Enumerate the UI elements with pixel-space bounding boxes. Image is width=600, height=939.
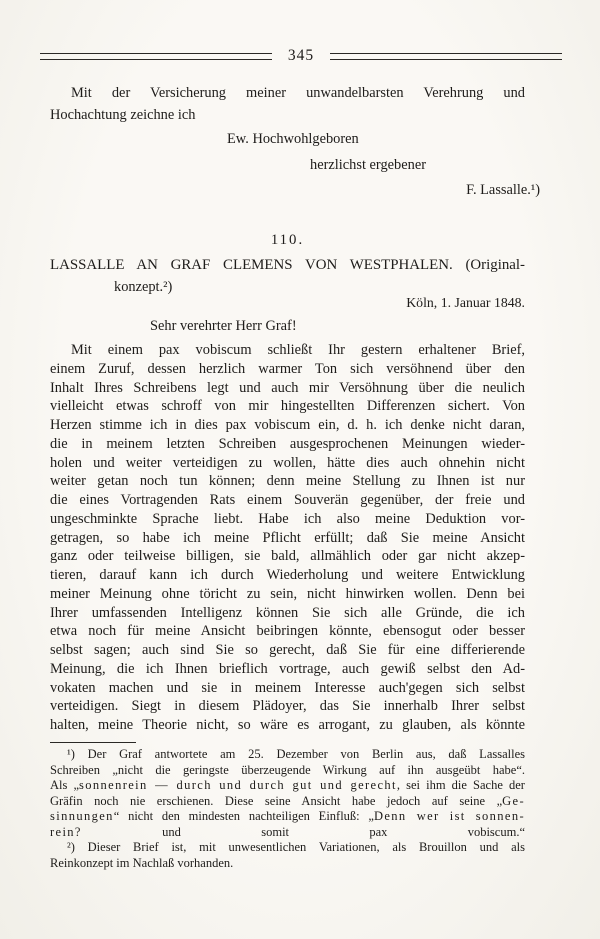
footnote-line: rein? und somit pax vobiscum.“: [50, 825, 525, 841]
letter-heading-line-1: LASSALLE AN GRAF CLEMENS VON WESTPHALEN.…: [50, 256, 525, 275]
footnote-text: und somit pax vobiscum.“: [82, 825, 525, 839]
footnote-text: ²) Dieser Brief ist, mit unwesentlichen …: [67, 840, 525, 854]
footnote-line: ¹) Der Graf antwortete am 25. Dezember v…: [50, 747, 525, 763]
footnotes: ¹) Der Graf antwortete am 25. Dezember v…: [50, 747, 525, 871]
footnote-text: , sei ihm die Sache der: [397, 778, 525, 792]
footnote-text: Schreiben „nicht die geringste überzeuge…: [50, 763, 525, 777]
closing-signature: F. Lassalle.¹): [50, 181, 540, 200]
closing-address: Ew. Hochwohlgeboren: [50, 130, 600, 149]
body-line: weiter getan noch tun können; denn meine…: [50, 472, 525, 491]
body-line: Meinung, die ich Ihnen brieflich vortrag…: [50, 660, 525, 679]
body-line: Ihrer umfassenden Intelligenz können Sie…: [50, 604, 525, 623]
letter-dateline: Köln, 1. Januar 1848.: [50, 293, 525, 312]
header-rule-right: [330, 53, 562, 60]
footnote-text: Als „: [50, 778, 79, 792]
letterspaced-text: rein?: [50, 825, 82, 839]
letter-salutation: Sehr verehrter Herr Graf!: [50, 317, 600, 336]
body-line: selbst sagen; auch sind Sie so gerecht, …: [50, 641, 525, 660]
footnote-text: ¹) Der Graf antwortete am 25. Dezember v…: [67, 747, 525, 761]
letterspaced-text: Denn wer ist sonnen-: [374, 809, 525, 823]
header-rule-left: [40, 53, 272, 60]
body-line: halten, meine Theorie nicht, so wäre es …: [50, 716, 525, 735]
footnote-line: Gräfin noch nie erschienen. Diese seine …: [50, 794, 525, 810]
closing-line-1: Mit der Versicherung meiner unwandelbars…: [50, 84, 525, 103]
footnote-line: ²) Dieser Brief ist, mit unwesentlichen …: [50, 840, 525, 856]
body-line: verteidigen. Siegt in diesem Plädoyer, d…: [50, 697, 525, 716]
body-line: Herzen stimme ich in dies pax vobiscum e…: [50, 416, 525, 435]
closing-valediction: herzlichst ergebener: [50, 156, 600, 175]
body-line: die eines Vortragenden Rats einem Souver…: [50, 491, 525, 510]
body-line: ungeschminkte Sprache liebt. Habe ich al…: [50, 510, 525, 529]
body-line: die in meinem letzten Schreiben ausgespr…: [50, 435, 525, 454]
body-line: getragen, so habe ich meine Pflicht erfü…: [50, 529, 525, 548]
footnote-text: “ nicht den mindesten nachteiligen Einfl…: [114, 809, 374, 823]
letter-number: 110.: [50, 231, 525, 250]
footnote-text: Gräfin noch nie erschienen. Diese seine …: [50, 794, 502, 808]
footnote-separator: [50, 742, 136, 743]
book-page: 345 Mit der Versicherung meiner unwandel…: [0, 0, 600, 939]
body-line: meiner Meinung ohne töricht zu sein, nic…: [50, 585, 525, 604]
page-header: 345: [40, 45, 562, 67]
body-line: etwa noch für meine Ansicht beibringen k…: [50, 622, 525, 641]
footnote-text: Reinkonzept im Nachlaß vorhanden.: [50, 856, 233, 870]
body-line: tieren, darauf kann ich durch Wiederholu…: [50, 566, 525, 585]
closing-line-2: Hochachtung zeichne ich: [50, 106, 525, 125]
footnote-line: Schreiben „nicht die geringste überzeuge…: [50, 763, 525, 779]
body-line: einem Zuruf, dessen herzlich warmer Ton …: [50, 360, 525, 379]
body-line: ganz oder teilweise billigen, sie bald, …: [50, 547, 525, 566]
body-line: Mit einem pax vobiscum schließt Ihr gest…: [50, 341, 525, 360]
body-line: vielleicht etwas schroff von mir hingest…: [50, 397, 525, 416]
letterspaced-text: Ge-: [502, 794, 525, 808]
letterspaced-text: sonnenrein — durch und durch gut und ger…: [79, 778, 397, 792]
body-line: holen und weiter verteidigen zu wollen, …: [50, 454, 525, 473]
letter-body: Mit einem pax vobiscum schließt Ihr gest…: [50, 341, 525, 735]
body-line: vokaten machen und sie in meinem Interes…: [50, 679, 525, 698]
body-line: Inhalt Ihres Schreibens legt und auch mi…: [50, 379, 525, 398]
footnote-line: Reinkonzept im Nachlaß vorhanden.: [50, 856, 525, 872]
page-number: 345: [272, 48, 330, 64]
footnote-line: Als „sonnenrein — durch und durch gut un…: [50, 778, 525, 794]
footnote-line: sinnungen“ nicht den mindesten nachteili…: [50, 809, 525, 825]
letterspaced-text: sinnungen: [50, 809, 114, 823]
